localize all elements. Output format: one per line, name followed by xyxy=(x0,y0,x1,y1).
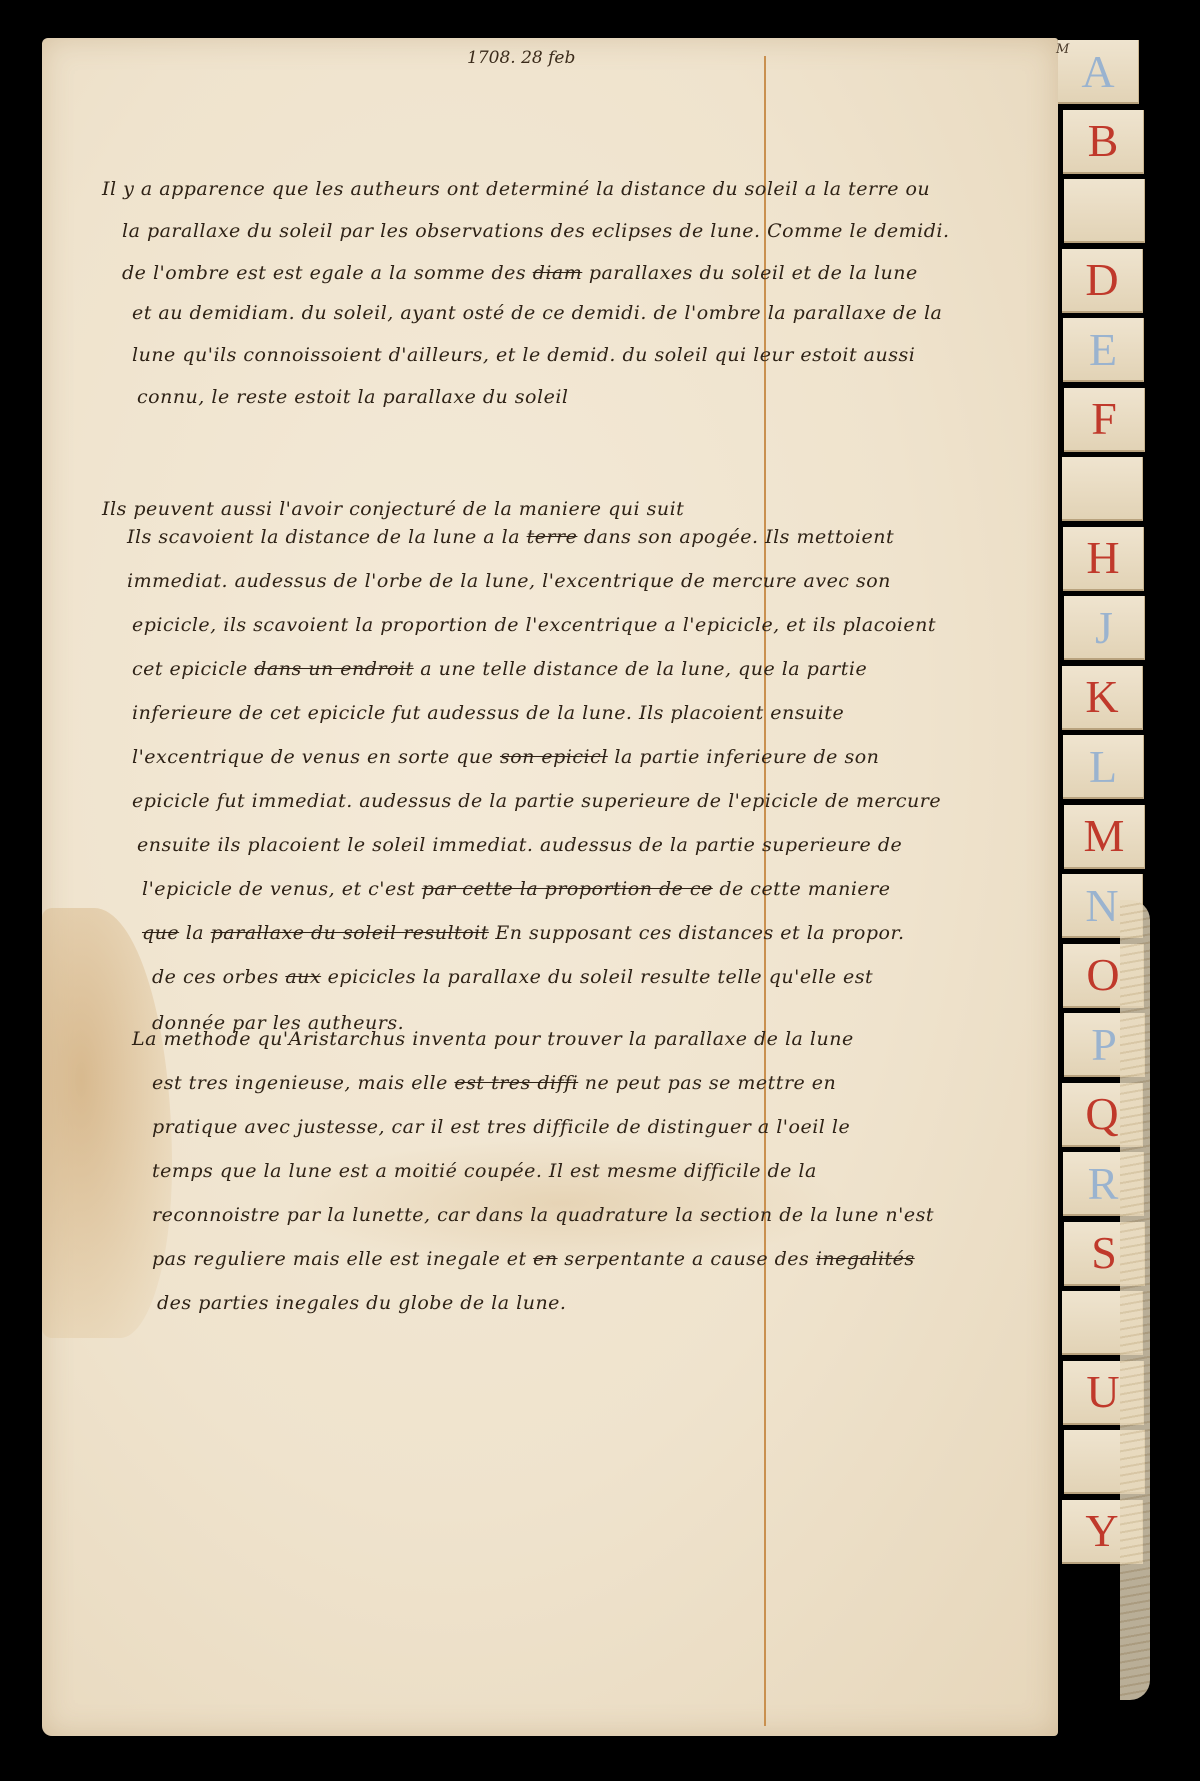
line-text: serpentante a cause des xyxy=(558,1248,816,1270)
line-text: lune qu'ils connoissoient d'ailleurs, et… xyxy=(132,344,915,366)
index-tab-h[interactable]: H xyxy=(1063,527,1144,591)
line-text: ensuite ils placoient le soleil immediat… xyxy=(137,834,902,856)
line-text: inferieure de cet epicicle fut audessus … xyxy=(132,702,844,724)
manuscript-line: inferieure de cet epicicle fut audessus … xyxy=(132,702,844,724)
line-text: La methode qu'Aristarchus inventa pour t… xyxy=(132,1028,854,1050)
index-tab-e[interactable]: E xyxy=(1063,318,1144,382)
manuscript-line: lune qu'ils connoissoient d'ailleurs, et… xyxy=(132,344,915,366)
line-text: dans son apogée. Ils mettoient xyxy=(577,526,894,548)
manuscript-line: des parties inegales du globe de la lune… xyxy=(157,1292,566,1314)
struck-text: par cette la proportion de ce xyxy=(422,878,713,900)
manuscript-line: de l'ombre est est egale a la somme des … xyxy=(122,262,918,284)
tab-letter: A xyxy=(1081,45,1114,98)
manuscript-line: temps que la lune est a moitié coupée. I… xyxy=(152,1160,817,1182)
struck-text: que xyxy=(142,922,179,944)
manuscript-line: immediat. audessus de l'orbe de la lune,… xyxy=(127,570,891,592)
manuscript-line: est tres ingenieuse, mais elle est tres … xyxy=(152,1072,836,1094)
struck-text: son epicicl xyxy=(500,746,608,768)
index-tab-j[interactable]: J xyxy=(1064,596,1145,660)
index-tab-l[interactable]: L xyxy=(1063,735,1144,799)
manuscript-line: l'epicicle de venus, et c'est par cette … xyxy=(142,878,890,900)
manuscript-line: Ils peuvent aussi l'avoir conjecturé de … xyxy=(102,498,684,520)
line-text: temps que la lune est a moitié coupée. I… xyxy=(152,1160,817,1182)
line-text: a une telle distance de la lune, que la … xyxy=(414,658,868,680)
tab-letter: O xyxy=(1086,948,1119,1001)
line-text: Ils scavoient la distance de la lune a l… xyxy=(127,526,527,548)
struck-text: est tres diffi xyxy=(454,1072,578,1094)
manuscript-line: de ces orbes aux epicicles la parallaxe … xyxy=(152,966,873,988)
index-tab-k[interactable]: K xyxy=(1062,666,1143,730)
manuscript-line: reconnoistre par la lunette, car dans la… xyxy=(152,1204,934,1226)
manuscript-line: que la parallaxe du soleil resultoit En … xyxy=(142,922,905,944)
index-tab-a[interactable]: A xyxy=(1058,40,1139,104)
line-text: la partie inferieure de son xyxy=(608,746,880,768)
tab-letter: H xyxy=(1086,531,1119,584)
line-text: est tres ingenieuse, mais elle xyxy=(152,1072,454,1094)
line-text: de cette maniere xyxy=(713,878,891,900)
tab-letter: Q xyxy=(1085,1087,1118,1140)
line-text: epicicle fut immediat. audessus de la pa… xyxy=(132,790,941,812)
line-text: des parties inegales du globe de la lune… xyxy=(157,1292,566,1314)
manuscript-line: Il y a apparence que les autheurs ont de… xyxy=(102,178,930,200)
manuscript-line: Ils scavoient la distance de la lune a l… xyxy=(127,526,894,548)
tab-letter: D xyxy=(1085,253,1118,306)
line-text: de l'ombre est est egale a la somme des xyxy=(122,262,533,284)
manuscript-line: pas reguliere mais elle est inegale et e… xyxy=(152,1248,915,1270)
line-text: epicicles la parallaxe du soleil resulte… xyxy=(321,966,873,988)
struck-text: terre xyxy=(527,526,578,548)
line-text: l'excentrique de venus en sorte que xyxy=(132,746,500,768)
tab-letter: M xyxy=(1084,809,1125,862)
date-header: 1708. 28 feb xyxy=(467,48,575,68)
line-text: et au demidiam. du soleil, ayant osté de… xyxy=(132,302,942,324)
tab-letter: Y xyxy=(1085,1504,1118,1557)
manuscript-page: 1708. 28 feb Il y a apparence que les au… xyxy=(42,38,1058,1736)
line-text: Il y a apparence que les autheurs ont de… xyxy=(102,178,930,200)
tab-letter: R xyxy=(1088,1157,1119,1210)
line-text: En supposant ces distances et la propor. xyxy=(489,922,905,944)
index-tab-m[interactable]: M xyxy=(1064,805,1145,869)
struck-text: aux xyxy=(285,966,321,988)
line-text: reconnoistre par la lunette, car dans la… xyxy=(152,1204,934,1226)
tab-letter: S xyxy=(1091,1226,1117,1279)
line-text: Ils peuvent aussi l'avoir conjecturé de … xyxy=(102,498,684,520)
tab-letter: U xyxy=(1086,1365,1119,1418)
tab-letter: N xyxy=(1085,879,1118,932)
manuscript-line: epicicle, ils scavoient la proportion de… xyxy=(132,614,936,636)
index-tab-f[interactable]: F xyxy=(1064,388,1145,452)
manuscript-line: ensuite ils placoient le soleil immediat… xyxy=(137,834,902,856)
index-tab-blank[interactable] xyxy=(1064,179,1145,243)
frayed-tab-edges xyxy=(1120,900,1150,1700)
manuscript-line: et au demidiam. du soleil, ayant osté de… xyxy=(132,302,942,324)
struck-text: parallaxe du soleil resultoit xyxy=(211,922,489,944)
index-tab-blank[interactable] xyxy=(1062,457,1143,521)
line-text: ne peut pas se mettre en xyxy=(578,1072,836,1094)
line-text: pratique avec justesse, car il est tres … xyxy=(152,1116,850,1138)
tab-letter: E xyxy=(1089,323,1117,376)
tab-letter: P xyxy=(1091,1018,1117,1071)
line-text: la parallaxe du soleil par les observati… xyxy=(122,220,950,242)
line-text: l'epicicle de venus, et c'est xyxy=(142,878,422,900)
tab-letter: J xyxy=(1095,601,1113,654)
line-text: parallaxes du soleil et de la lune xyxy=(582,262,917,284)
manuscript-line: la parallaxe du soleil par les observati… xyxy=(122,220,950,242)
tab-letter: B xyxy=(1088,114,1119,167)
manuscript-line: connu, le reste estoit la parallaxe du s… xyxy=(137,386,568,408)
line-text: connu, le reste estoit la parallaxe du s… xyxy=(137,386,568,408)
manuscript-line: La methode qu'Aristarchus inventa pour t… xyxy=(132,1028,854,1050)
tab-letter: F xyxy=(1091,392,1117,445)
line-text: de ces orbes xyxy=(152,966,285,988)
index-tab-b[interactable]: B xyxy=(1063,110,1144,174)
line-text: pas reguliere mais elle est inegale et xyxy=(152,1248,533,1270)
struck-text: inegalités xyxy=(816,1248,915,1270)
tab-letter: L xyxy=(1089,740,1117,793)
manuscript-line: cet epicicle dans un endroit a une telle… xyxy=(132,658,867,680)
struck-text: en xyxy=(533,1248,557,1270)
margin-note: M xyxy=(1056,42,1069,57)
struck-text: dans un endroit xyxy=(254,658,413,680)
manuscript-line: pratique avec justesse, car il est tres … xyxy=(152,1116,850,1138)
manuscript-line: l'excentrique de venus en sorte que son … xyxy=(132,746,879,768)
line-text: la xyxy=(179,922,210,944)
line-text: epicicle, ils scavoient la proportion de… xyxy=(132,614,936,636)
manuscript-line: epicicle fut immediat. audessus de la pa… xyxy=(132,790,941,812)
tab-letter: K xyxy=(1085,670,1118,723)
index-tab-d[interactable]: D xyxy=(1062,249,1143,313)
line-text: cet epicicle xyxy=(132,658,254,680)
struck-text: diam xyxy=(533,262,583,284)
line-text: immediat. audessus de l'orbe de la lune,… xyxy=(127,570,891,592)
